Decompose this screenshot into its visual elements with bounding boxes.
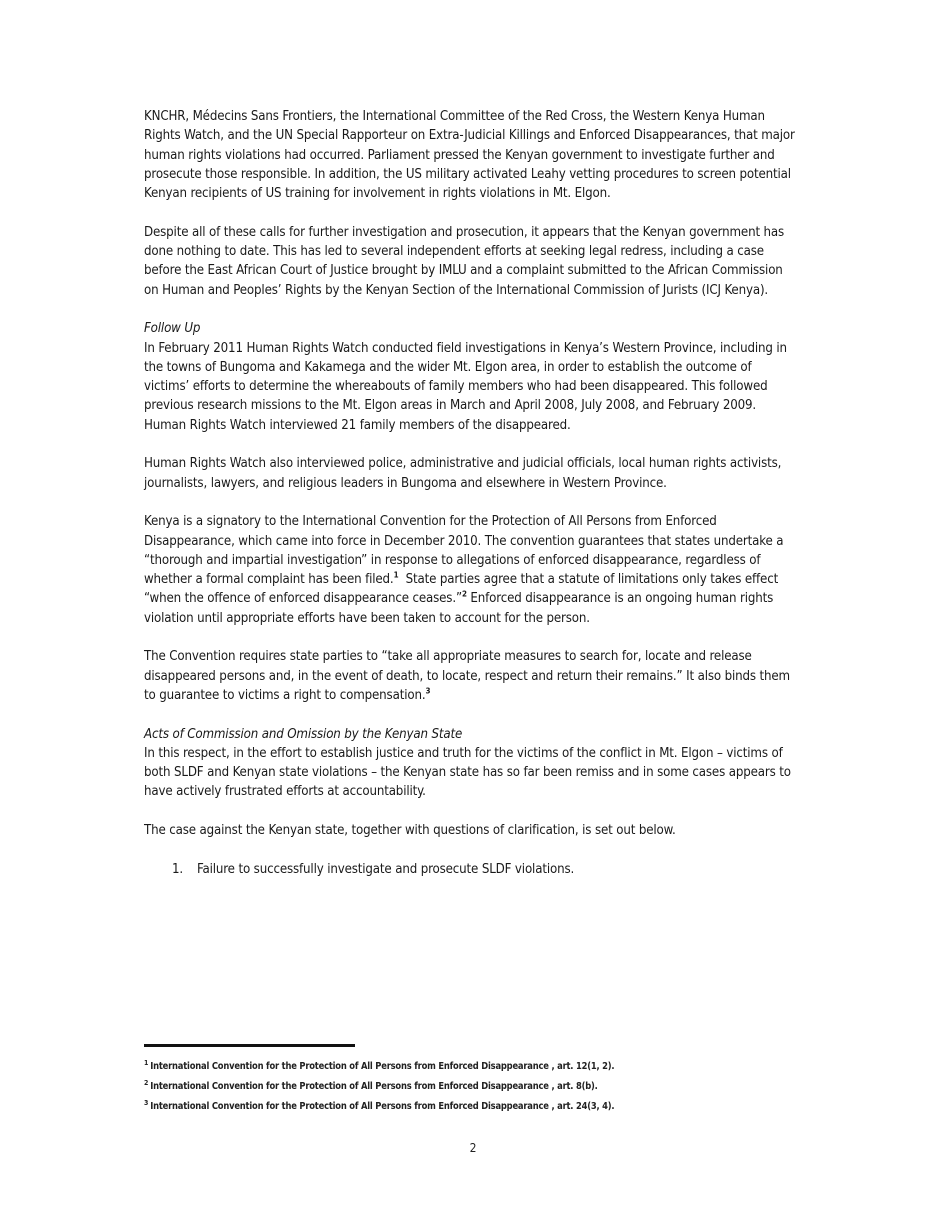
footnote-text: International Convention for the Protect… (150, 1061, 614, 1072)
list-item-text: Failure to successfully investigate and … (197, 862, 574, 877)
footnote-separator (144, 1044, 355, 1047)
body-text: KNCHR, Médecins Sans Frontiers, the Inte… (144, 107, 800, 879)
list-item-number: 1. (172, 860, 183, 879)
section-acts: Acts of Commission and Omission by the K… (144, 725, 800, 802)
footnotes: 1International Convention for the Protec… (144, 1057, 784, 1117)
footnote-3: 3International Convention for the Protec… (144, 1097, 784, 1117)
list-item: 1. Failure to successfully investigate a… (144, 860, 800, 879)
paragraph-case-against: The case against the Kenyan state, toget… (144, 821, 800, 840)
paragraph-reports: KNCHR, Médecins Sans Frontiers, the Inte… (144, 107, 800, 203)
footnote-mark: 1 (144, 1059, 148, 1067)
paragraph-investigation-calls: Despite all of these calls for further i… (144, 223, 800, 300)
paragraph-interviews: Human Rights Watch also interviewed poli… (144, 454, 800, 493)
footnote-mark: 2 (144, 1079, 148, 1087)
requires-text: The Convention requires state parties to… (144, 649, 790, 703)
page-number: 2 (0, 1141, 946, 1155)
footnote-2: 2International Convention for the Protec… (144, 1077, 784, 1097)
footnote-1: 1International Convention for the Protec… (144, 1057, 784, 1077)
case-list: 1. Failure to successfully investigate a… (144, 860, 800, 879)
section-follow-up: Follow Up In February 2011 Human Rights … (144, 319, 800, 435)
heading-follow-up: Follow Up (144, 319, 800, 338)
footnote-text: International Convention for the Protect… (150, 1081, 597, 1092)
footnote-text: International Convention for the Protect… (150, 1101, 614, 1112)
paragraph-convention: Kenya is a signatory to the Internationa… (144, 512, 800, 628)
heading-acts-of-commission: Acts of Commission and Omission by the K… (144, 725, 800, 744)
paragraph-convention-requires: The Convention requires state parties to… (144, 647, 800, 705)
footnote-ref-3[interactable]: 3 (425, 687, 430, 696)
paragraph-field-investigations: In February 2011 Human Rights Watch cond… (144, 341, 787, 433)
document-page: KNCHR, Médecins Sans Frontiers, the Inte… (0, 0, 946, 1226)
footnote-mark: 3 (144, 1099, 148, 1107)
paragraph-remiss: In this respect, in the effort to establ… (144, 746, 791, 800)
